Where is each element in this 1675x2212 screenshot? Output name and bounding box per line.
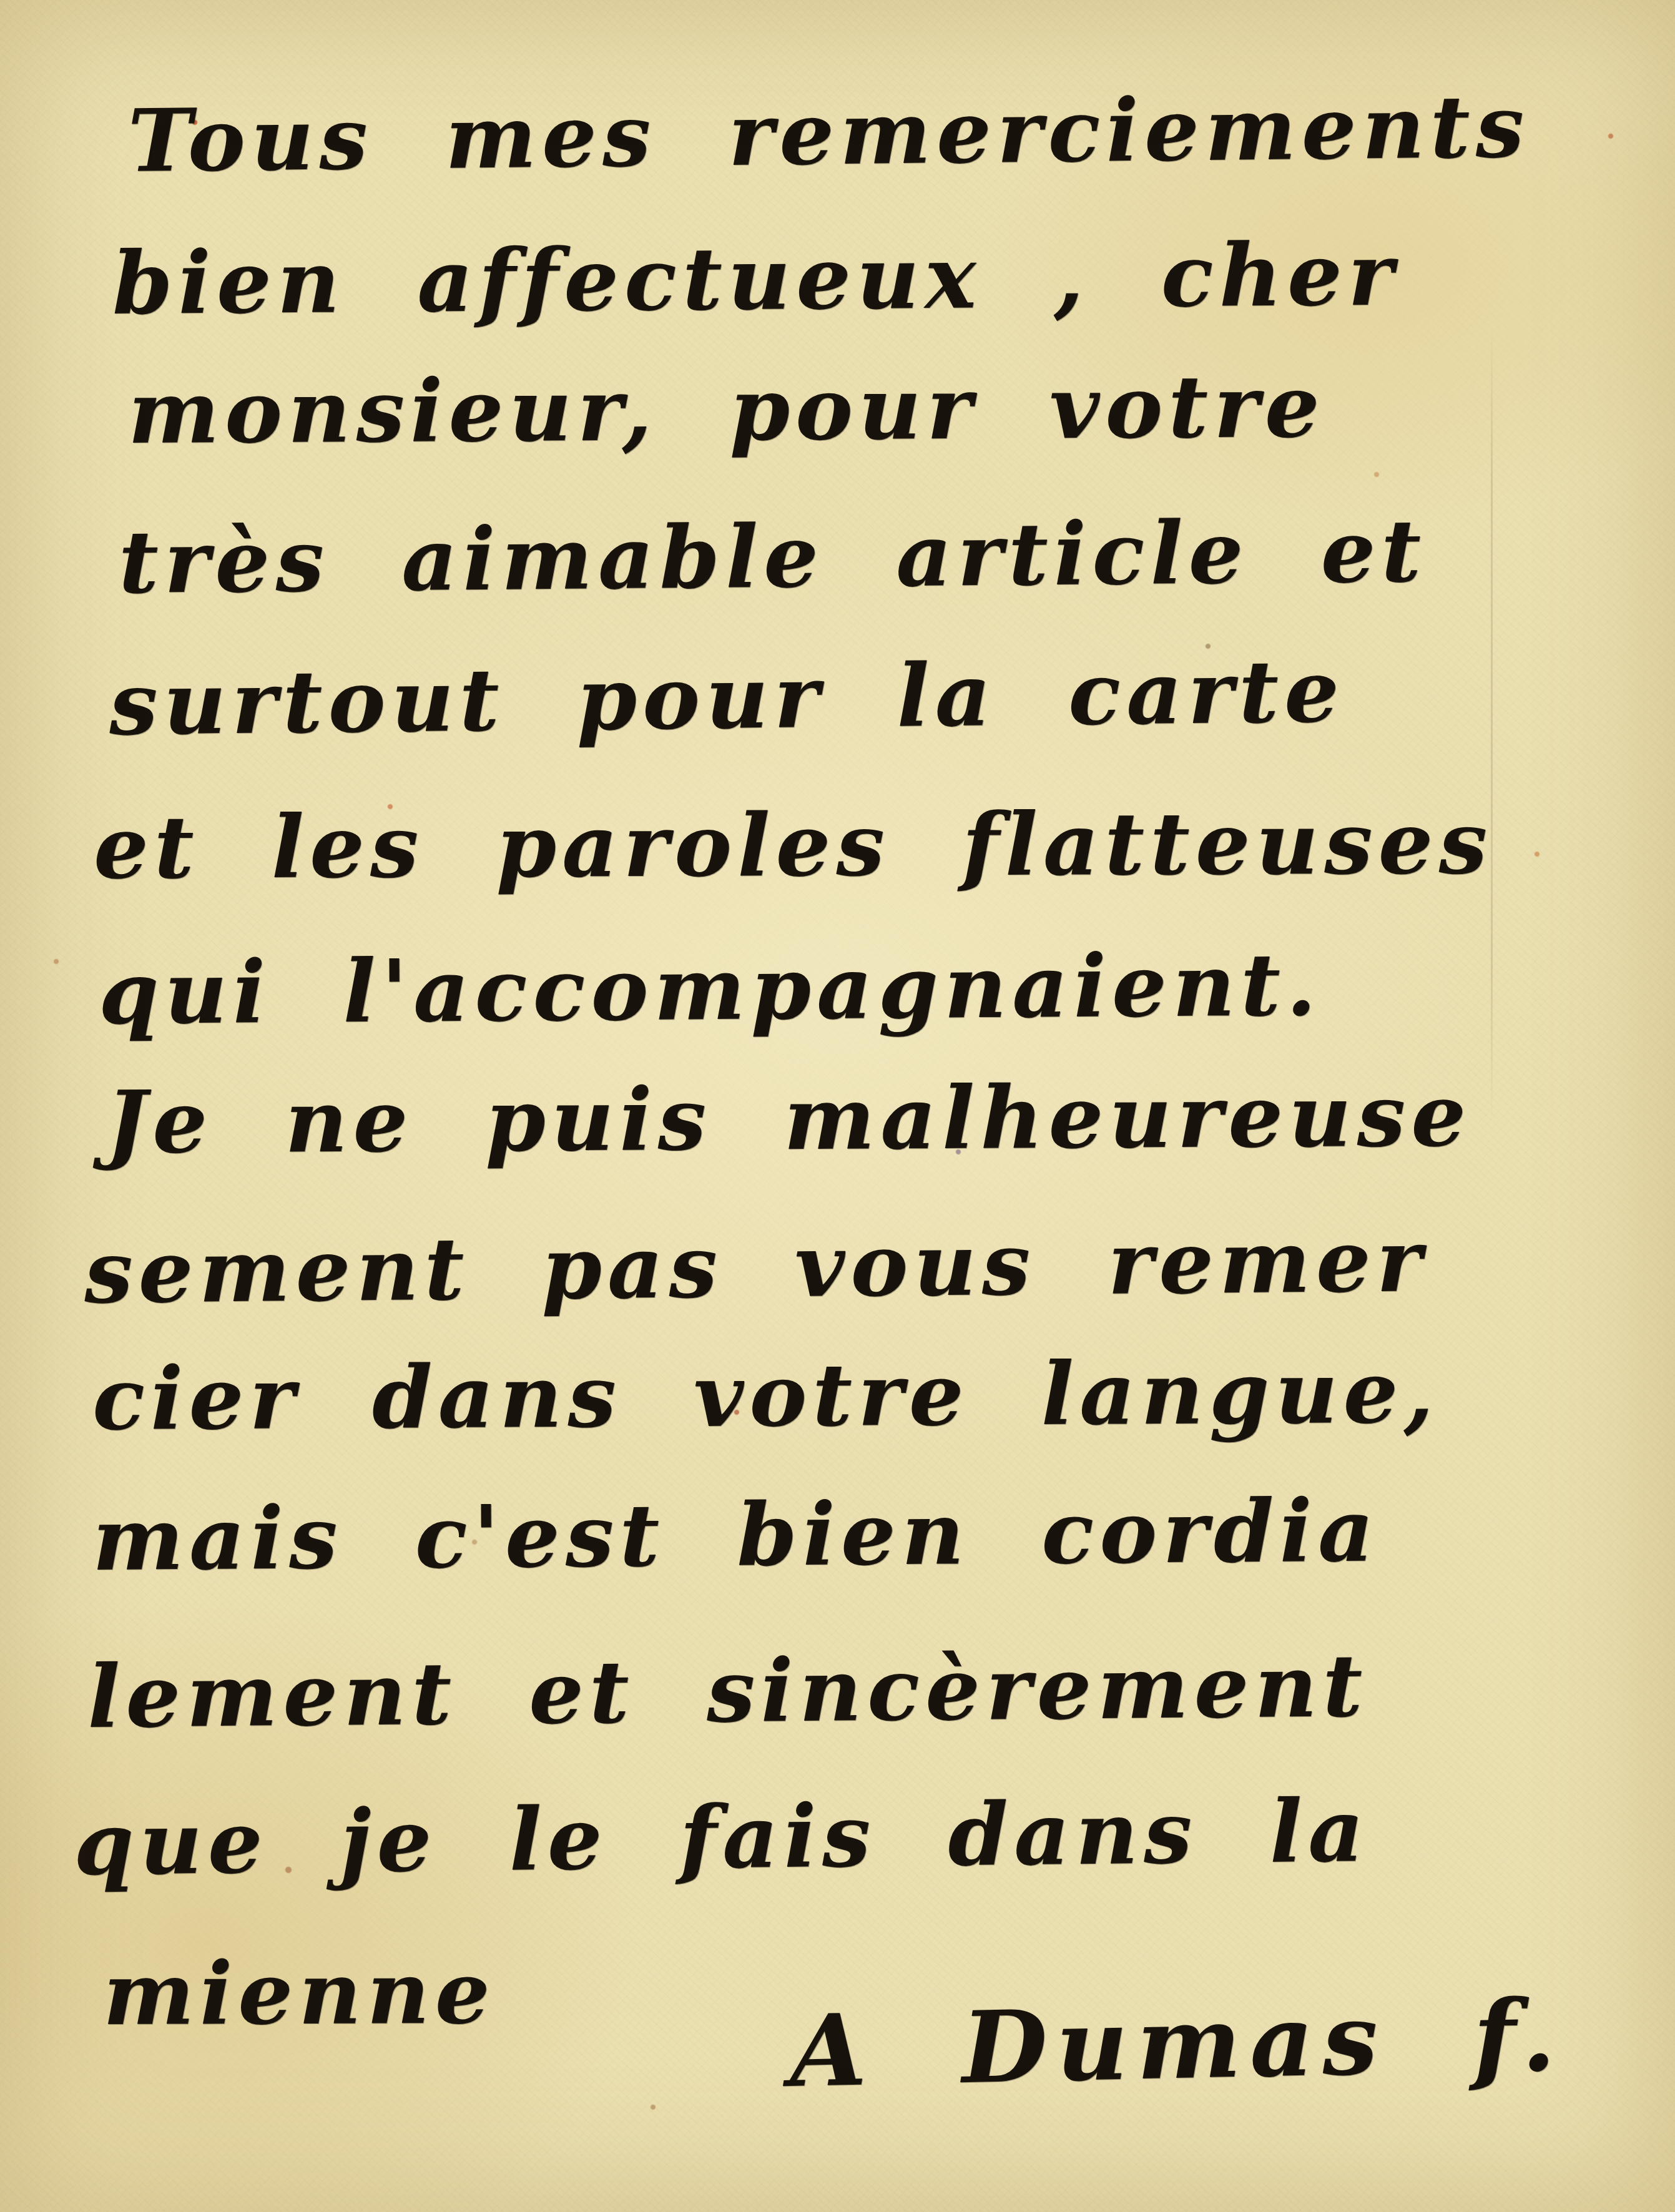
letter-line: cier dans votre langue,: [92, 1345, 1440, 1447]
letter-line: et les paroles flatteuses: [94, 795, 1493, 895]
letter-line: très aimable article et: [118, 504, 1427, 610]
scanned-letter-screenshot: { "letter": { "lines": [ "Tous mes remer…: [0, 0, 1675, 2212]
letter-line: qui l'accompagnaient.: [98, 937, 1322, 1040]
letter-line: lement et sincèrement: [87, 1638, 1368, 1744]
letter-line: monsieur, pour votre: [128, 359, 1325, 460]
paper-crease: [1491, 325, 1493, 1124]
letter-line: sement pas vous remer: [84, 1213, 1428, 1320]
letter-line: que je le fais dans la: [73, 1783, 1370, 1892]
letter-line: Tous mes remerciements: [127, 79, 1530, 188]
letter-line: surtout pour la carte: [109, 644, 1345, 752]
letter-line: mienne: [103, 1945, 496, 2042]
letter-line: bien affectueux , cher: [112, 227, 1399, 331]
letter-page: Tous mes remerciements bien affectueux ,…: [0, 0, 1675, 2212]
letter-line: mais c'est bien cordia: [92, 1483, 1379, 1587]
letter-line: Je ne puis malheureuse: [106, 1068, 1472, 1170]
signature: A Dumas f.: [788, 1982, 1565, 2106]
